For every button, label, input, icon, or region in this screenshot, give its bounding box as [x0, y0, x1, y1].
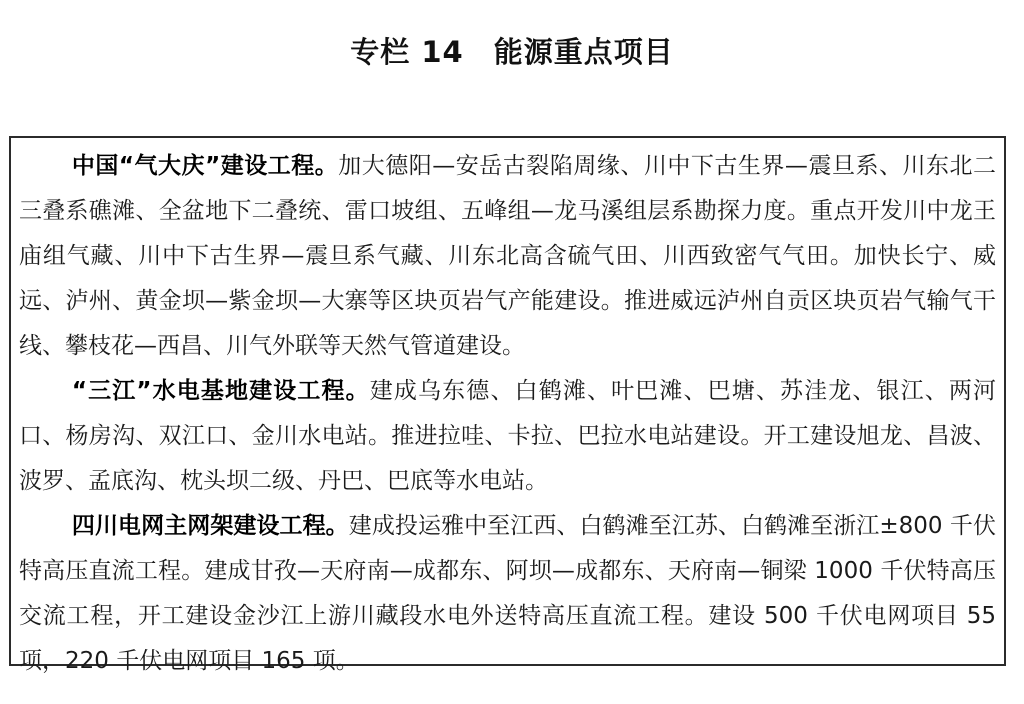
paragraph-lead: “三江”水电基地建设工程。 [72, 378, 370, 404]
page-title-text: 专栏 14 能源重点项目 [350, 35, 673, 69]
paragraph-body: 加大德阳—安岳古裂陷周缘、川中下古生界—震旦系、川东北二三叠系礁滩、全盆地下二叠… [19, 153, 996, 359]
paragraph-sanjiang-hydropower: “三江”水电基地建设工程。建成乌东德、白鹤滩、叶巴滩、巴塘、苏洼龙、银江、两河口… [19, 369, 996, 504]
paragraph-gas-daqing: 中国“气大庆”建设工程。加大德阳—安岳古裂陷周缘、川中下古生界—震旦系、川东北二… [19, 144, 996, 369]
page-title: 专栏 14 能源重点项目 [0, 30, 1024, 71]
paragraph-sichuan-power-grid: 四川电网主网架建设工程。建成投运雅中至江西、白鹤滩至江苏、白鹤滩至浙江±800 … [19, 504, 996, 684]
boxed-text-panel: 中国“气大庆”建设工程。加大德阳—安岳古裂陷周缘、川中下古生界—震旦系、川东北二… [9, 136, 1006, 666]
paragraph-lead: 中国“气大庆”建设工程。 [72, 153, 338, 179]
paragraph-lead: 四川电网主网架建设工程。 [72, 513, 349, 539]
